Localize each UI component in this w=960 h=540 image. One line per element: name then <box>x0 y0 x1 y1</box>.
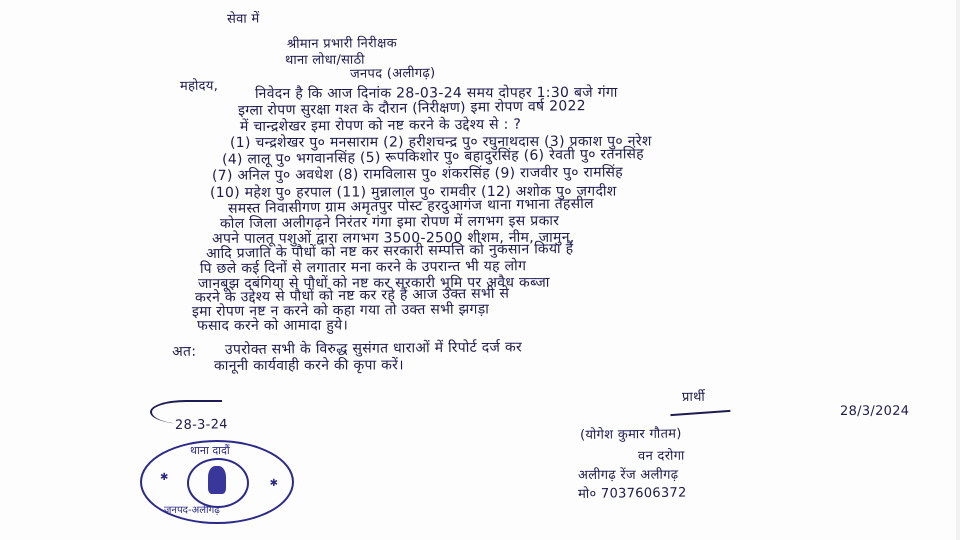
scan-edge <box>956 0 960 540</box>
signatory-designation: वन दरोगा <box>638 446 685 464</box>
police-station-stamp: थाना दादौं जनपद-अलीगढ़ ✱ ✱ <box>140 440 294 524</box>
closing-label: अत: <box>172 342 197 361</box>
body-line-16: फसाद करने को आमादा हुये। <box>197 315 348 335</box>
scanned-letter: सेवा में श्रीमान प्रभारी निरीक्षक थाना ल… <box>0 0 960 540</box>
stamp-top-text: थाना दादौं <box>190 443 230 458</box>
left-signature-date: 28-3-24 <box>175 417 228 433</box>
star-icon: ✱ <box>270 478 278 489</box>
signatory-office: अलीगढ़ रेंज अलीगढ़ <box>578 465 678 483</box>
closing-line-2: कानूनी कार्यवाही करने की कृपा करें। <box>214 355 404 375</box>
stamp-bottom-text: जनपद-अलीगढ़ <box>164 502 220 516</box>
right-signature-date: 28/3/2024 <box>840 404 909 419</box>
signatory-mobile: मो० 7037606372 <box>578 482 687 502</box>
addressee-line-3: जनपद (अलीगढ़) <box>350 63 436 82</box>
right-signature-scribble <box>670 398 731 416</box>
national-emblem-icon <box>208 466 226 494</box>
signatory-name: (योगेश कुमार गौतम) <box>580 424 682 443</box>
star-icon: ✱ <box>160 472 168 483</box>
salutation: महोदय, <box>180 76 218 94</box>
to-label: सेवा में <box>227 9 260 27</box>
